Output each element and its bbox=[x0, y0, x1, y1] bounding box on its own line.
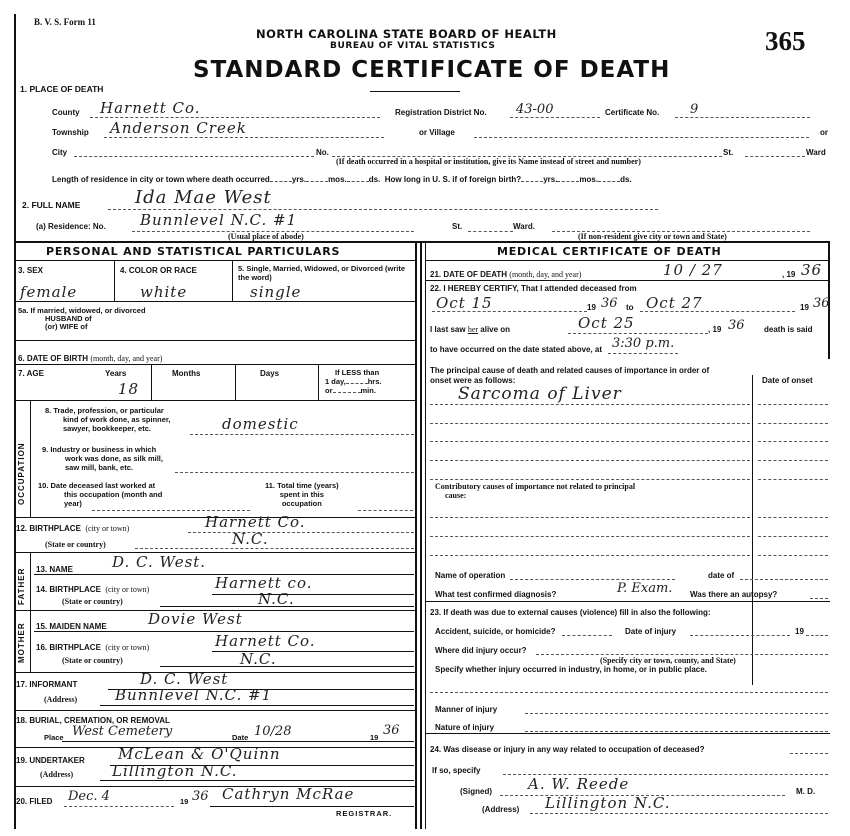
marital-label: 5. Single, Married, Widowed, or Divorced… bbox=[238, 264, 413, 282]
informant-address[interactable]: Bunnlevel N.C. #1 bbox=[115, 686, 272, 704]
undertaker-label: 19. UNDERTAKER bbox=[16, 756, 85, 765]
reg-district-value[interactable]: 43-00 bbox=[516, 102, 553, 117]
father-state-label: (State or country) bbox=[62, 597, 123, 606]
undertaker-address[interactable]: Lillington N.C. bbox=[112, 762, 238, 780]
residence-ward-label: Ward. bbox=[513, 222, 535, 231]
dob-label: 6. DATE OF BIRTH (month, day, and year) bbox=[18, 354, 162, 363]
contrib-label-2: cause: bbox=[445, 491, 466, 500]
non-resident-note: (If non-resident give city or town and S… bbox=[578, 232, 727, 241]
signed-label: (Signed) bbox=[460, 787, 492, 796]
injury-date-label: Date of injury bbox=[625, 627, 676, 636]
burial-place-label: Place bbox=[44, 733, 64, 742]
to-label: to bbox=[626, 303, 634, 312]
filed-label: 20. FILED bbox=[16, 797, 52, 806]
mother-state-label: (State or country) bbox=[62, 656, 123, 665]
father-birthplace-label: 14. BIRTHPLACE (city or town) bbox=[36, 585, 149, 594]
occupation-side-label: OCCUPATION bbox=[17, 425, 26, 505]
burial-date[interactable]: 10/28 bbox=[254, 724, 291, 739]
ward-label: Ward bbox=[806, 148, 826, 157]
race-label: 4. COLOR OR RACE bbox=[120, 266, 197, 275]
informant-address-label: (Address) bbox=[44, 695, 77, 704]
personal-section-title: PERSONAL AND STATISTICAL PARTICULARS bbox=[46, 245, 340, 258]
industry-label: 9. Industry or business in which work wa… bbox=[42, 445, 163, 472]
usual-place-note: (Usual place of abode) bbox=[228, 232, 304, 241]
or-label: or bbox=[820, 128, 828, 137]
residence-st-label: St. bbox=[452, 222, 462, 231]
place-of-death-label: 1. PLACE OF DEATH bbox=[20, 84, 103, 94]
trade-label: 8. Trade, profession, or particular kind… bbox=[45, 406, 171, 433]
dod-label: 21. DATE OF DEATH (month, day, and year) bbox=[430, 270, 581, 279]
mother-birthplace-label: 16. BIRTHPLACE (city or town) bbox=[36, 643, 149, 652]
time-of-death[interactable]: 3:30 p.m. bbox=[612, 336, 674, 351]
certify-label: 22. I HEREBY CERTIFY, That I attended de… bbox=[430, 284, 637, 293]
father-name-label: 13. NAME bbox=[36, 565, 73, 574]
manner-label: Manner of injury bbox=[435, 705, 497, 714]
form-id: B. V. S. Form 11 bbox=[34, 17, 96, 27]
hospital-note: (If death occurred in a hospital or inst… bbox=[336, 157, 641, 166]
to-year[interactable]: 36 bbox=[813, 296, 830, 311]
document-number: 365 bbox=[765, 26, 806, 57]
occurred-label: to have occurred on the date stated abov… bbox=[430, 345, 602, 354]
last-saw-year-prefix: , 19 bbox=[708, 325, 721, 334]
injury-year-label: 19 bbox=[795, 627, 804, 636]
operation-date-label: date of bbox=[708, 571, 734, 580]
full-name-label: 2. FULL NAME bbox=[22, 200, 80, 210]
mother-maiden-label: 15. MAIDEN NAME bbox=[36, 622, 107, 631]
physician-address[interactable]: Lillington N.C. bbox=[545, 794, 671, 812]
last-saw-year[interactable]: 36 bbox=[728, 318, 745, 333]
trade-value[interactable]: domestic bbox=[222, 415, 299, 433]
burial-year[interactable]: 36 bbox=[383, 723, 400, 738]
date-onset-label: Date of onset bbox=[762, 376, 813, 385]
where-note: (Specify city or town, county, and State… bbox=[600, 656, 736, 665]
residence-label: (a) Residence: No. bbox=[36, 222, 106, 231]
bureau-name: BUREAU OF VITAL STATISTICS bbox=[330, 41, 495, 51]
total-time-label: 11. Total time (years) spent in this occ… bbox=[265, 481, 339, 508]
county-value[interactable]: Harnett Co. bbox=[100, 99, 201, 117]
test-label: What test confirmed diagnosis? bbox=[435, 590, 556, 599]
full-name-value[interactable]: Ida Mae West bbox=[135, 187, 272, 208]
days-label: Days bbox=[260, 369, 279, 378]
birthplace-state[interactable]: N.C. bbox=[232, 530, 269, 548]
principal-cause[interactable]: Sarcoma of Liver bbox=[458, 384, 622, 404]
or-min-label: ormin. bbox=[325, 386, 376, 395]
residence-value[interactable]: Bunnlevel N.C. #1 bbox=[140, 211, 297, 229]
divider bbox=[370, 91, 460, 92]
attended-to-date[interactable]: Oct 27 bbox=[646, 294, 703, 312]
spouse-label-3: (or) WIFE of bbox=[45, 322, 88, 331]
township-label: Township bbox=[52, 128, 89, 137]
burial-date-label: Date bbox=[232, 733, 248, 742]
registrar-label: REGISTRAR. bbox=[336, 809, 392, 818]
sex-value[interactable]: female bbox=[20, 283, 77, 301]
page-title: STANDARD CERTIFICATE OF DEATH bbox=[193, 57, 670, 83]
certificate-value[interactable]: 9 bbox=[690, 102, 698, 117]
birthplace-city[interactable]: Harnett Co. bbox=[205, 513, 306, 531]
last-saw-label: I last saw her alive on bbox=[430, 325, 510, 334]
race-value[interactable]: white bbox=[140, 283, 187, 301]
residence-length-label: Length of residence in city or town wher… bbox=[52, 175, 632, 184]
marital-value[interactable]: single bbox=[250, 283, 301, 301]
burial-year-prefix: 19 bbox=[370, 733, 378, 742]
md-label: M. D. bbox=[796, 787, 815, 796]
day-hrs-label: 1 day,hrs. bbox=[325, 377, 381, 386]
township-value[interactable]: Anderson Creek bbox=[110, 119, 247, 137]
test-value[interactable]: P. Exam. bbox=[617, 581, 672, 596]
from-year[interactable]: 36 bbox=[601, 296, 618, 311]
st-label: St. bbox=[723, 148, 733, 157]
attended-from-date[interactable]: Oct 15 bbox=[436, 294, 493, 312]
accident-label: Accident, suicide, or homicide? bbox=[435, 627, 555, 636]
filed-date[interactable]: Dec. 4 bbox=[68, 789, 110, 804]
mother-birthplace-state[interactable]: N.C. bbox=[240, 650, 277, 668]
mother-birthplace-city[interactable]: Harnett Co. bbox=[215, 632, 316, 650]
burial-place[interactable]: West Cemetery bbox=[72, 724, 172, 739]
dod-year[interactable]: 36 bbox=[801, 261, 822, 279]
document-left-border bbox=[14, 14, 16, 829]
birthplace-label: 12. BIRTHPLACE (city or town) bbox=[16, 524, 129, 533]
county-label: County bbox=[52, 108, 80, 117]
dod-value[interactable]: 10 / 27 bbox=[663, 261, 723, 279]
board-name: NORTH CAROLINA STATE BOARD OF HEALTH bbox=[256, 27, 557, 41]
from-year-prefix: 19 bbox=[587, 303, 596, 312]
center-divider bbox=[420, 241, 422, 829]
years-value[interactable]: 18 bbox=[118, 380, 139, 398]
mother-maiden-value[interactable]: Dovie West bbox=[148, 610, 243, 628]
sex-label: 3. SEX bbox=[18, 266, 43, 275]
death-said-label: death is said bbox=[764, 325, 812, 334]
nature-label: Nature of injury bbox=[435, 723, 494, 732]
birthplace-state-label: (State or country) bbox=[45, 540, 106, 549]
informant-label: 17. INFORMANT bbox=[16, 680, 77, 689]
registrar-signature[interactable]: Cathryn McRae bbox=[222, 785, 354, 803]
reg-district-label: Registration District No. bbox=[395, 108, 487, 117]
to-year-prefix: 19 bbox=[800, 303, 809, 312]
years-label: Years bbox=[105, 369, 126, 378]
undertaker-address-label: (Address) bbox=[40, 770, 73, 779]
medical-section-title: MEDICAL CERTIFICATE OF DEATH bbox=[497, 245, 722, 258]
autopsy-label: Was there an autopsy? bbox=[690, 590, 777, 599]
related-label: 24. Was disease or injury in any way rel… bbox=[430, 745, 704, 754]
physician-signature[interactable]: A. W. Reede bbox=[528, 775, 629, 793]
filed-year[interactable]: 36 bbox=[192, 789, 209, 804]
last-saw-date[interactable]: Oct 25 bbox=[578, 314, 635, 332]
filed-year-prefix: 19 bbox=[180, 797, 188, 806]
where-label: Where did injury occur? bbox=[435, 646, 527, 655]
father-side-label: FATHER bbox=[17, 560, 26, 605]
dod-year-prefix: , 19 bbox=[782, 270, 795, 279]
age-label: 7. AGE bbox=[18, 369, 44, 378]
months-label: Months bbox=[172, 369, 200, 378]
physician-address-label: (Address) bbox=[482, 805, 519, 814]
village-label: or Village bbox=[419, 128, 455, 137]
contrib-label-1: Contributory causes of importance not re… bbox=[435, 482, 635, 491]
father-birthplace-state[interactable]: N.C. bbox=[258, 590, 295, 608]
if-so-label: If so, specify bbox=[432, 766, 480, 775]
specify-label: Specify whether injury occurred in indus… bbox=[435, 665, 707, 674]
no-label: No. bbox=[316, 148, 329, 157]
less-label: If LESS than bbox=[335, 368, 379, 377]
operation-label: Name of operation bbox=[435, 571, 505, 580]
undertaker-name[interactable]: McLean & O'Quinn bbox=[118, 745, 281, 763]
city-label: City bbox=[52, 148, 67, 157]
mother-side-label: MOTHER bbox=[17, 615, 26, 663]
cause-label-1: The principal cause of death and related… bbox=[430, 366, 709, 375]
external-causes-label: 23. If death was due to external causes … bbox=[430, 608, 711, 617]
certificate-label: Certificate No. bbox=[605, 108, 659, 117]
last-worked-label: 10. Date deceased last worked at this oc… bbox=[38, 481, 162, 508]
father-name-value[interactable]: D. C. West. bbox=[112, 553, 206, 571]
